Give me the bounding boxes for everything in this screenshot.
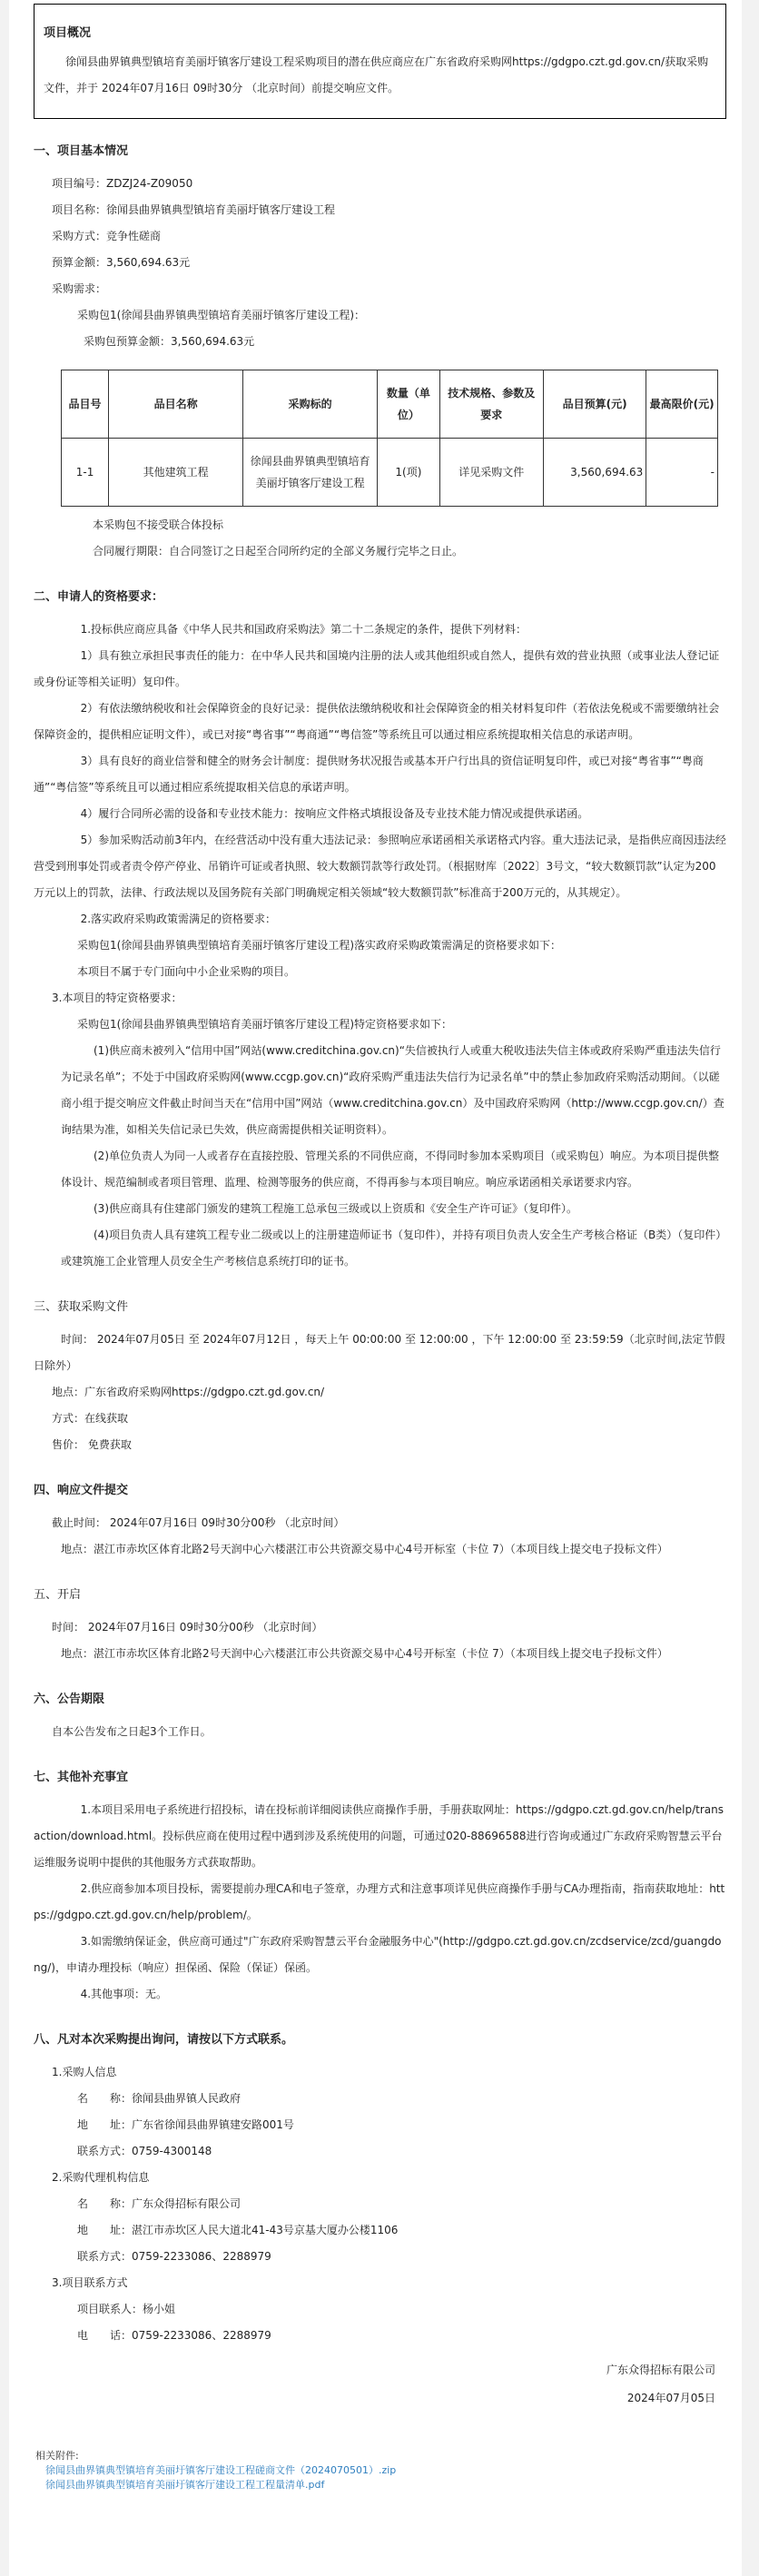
announcement-page: 项目概况 徐闻县曲界镇典型镇培育美丽圩镇客厅建设工程采购项目的潜在供应商应在广东… xyxy=(9,0,742,2576)
qualification-item-2-package: 采购包1(徐闻县曲界镇典型镇培育美丽圩镇客厅建设工程)落实政府采购政策需满足的资… xyxy=(9,933,742,959)
col-max-price: 最高限价(元) xyxy=(646,370,718,439)
qualification-item-1-4: 4）履行合同所必需的设备和专业技术能力：按响应文件格式填报设备及专业技术能力情况… xyxy=(9,801,742,827)
obtain-place: 地点：广东省政府采购网https://gdgpo.czt.gd.gov.cn/ xyxy=(9,1379,742,1406)
qualification-item-3-3: (3)供应商具有住建部门颁发的建筑工程施工总承包三级或以上资质和《安全生产许可证… xyxy=(9,1196,742,1222)
section-4-heading: 四、响应文件提交 xyxy=(34,1480,742,1497)
submit-place: 地点：湛江市赤坎区体育北路2号天润中心六楼湛江市公共资源交易中心4号开标室（卡位… xyxy=(9,1536,742,1563)
signature-date: 2024年07月05日 xyxy=(9,2384,742,2413)
section-5-heading: 五、开启 xyxy=(34,1584,742,1602)
qualification-item-1: 1.投标供应商应具备《中华人民共和国政府采购法》第二十二条规定的条件，提供下列材… xyxy=(9,617,742,643)
qualification-item-3-4: (4)项目负责人具有建筑工程专业二级或以上的注册建造师证书（复印件），并持有项目… xyxy=(9,1222,742,1275)
section-3-heading: 三、获取采购文件 xyxy=(34,1297,742,1314)
qualification-item-3-2: (2)单位负责人为同一人或者存在直接控股、管理关系的不同供应商，不得同时参加本采… xyxy=(9,1143,742,1196)
obtain-price: 售价： 免费获取 xyxy=(9,1432,742,1458)
cell-quantity: 1(项) xyxy=(378,439,439,507)
opening-place: 地点：湛江市赤坎区体育北路2号天润中心六楼湛江市公共资源交易中心4号开标室（卡位… xyxy=(9,1641,742,1667)
section-1-heading: 一、项目基本情况 xyxy=(34,141,742,158)
supplement-item-1: 1.本项目采用电子系统进行招投标，请在投标前详细阅读供应商操作手册，手册获取网址… xyxy=(9,1797,742,1876)
procurement-demand-label: 采购需求： xyxy=(9,276,742,302)
col-spec: 技术规格、参数及要求 xyxy=(439,370,543,439)
procurement-method: 采购方式：竞争性磋商 xyxy=(9,223,742,250)
project-contact-phone: 电 话：0759-2233086、2288979 xyxy=(9,2323,742,2349)
project-contact-person: 项目联系人：杨小姐 xyxy=(9,2296,742,2323)
project-contact-title: 3.项目联系方式 xyxy=(9,2270,742,2296)
cell-item-no: 1-1 xyxy=(62,439,109,507)
agency-address: 地 址：湛江市赤坎区人民大道北41-43号京基大厦办公楼1106 xyxy=(9,2217,742,2244)
agency-name: 名 称：广东众得招标有限公司 xyxy=(9,2191,742,2217)
col-item-no: 品目号 xyxy=(62,370,109,439)
qualification-item-3-package: 采购包1(徐闻县曲界镇典型镇培育美丽圩镇客厅建设工程)特定资格要求如下： xyxy=(9,1012,742,1038)
agency-contact: 联系方式：0759-2233086、2288979 xyxy=(9,2244,742,2270)
contract-period-note: 合同履行期限：自合同签订之日起至合同所约定的全部义务履行完毕之日止。 xyxy=(9,538,742,565)
cell-max-price: - xyxy=(646,439,718,507)
summary-text: 徐闻县曲界镇典型镇培育美丽圩镇客厅建设工程采购项目的潜在供应商应在广东省政府采购… xyxy=(44,49,716,102)
package-title: 采购包1(徐闻县曲界镇典型镇培育美丽圩镇客厅建设工程)： xyxy=(9,302,742,329)
attachment-link-zip[interactable]: 徐闻县曲界镇典型镇培育美丽圩镇客厅建设工程磋商文件（2024070501）.zi… xyxy=(35,2463,742,2478)
table-header-row: 品目号 品目名称 采购标的 数量（单位） 技术规格、参数及要求 品目预算(元) … xyxy=(62,370,718,439)
supplement-item-2: 2.供应商参加本项目投标，需要提前办理CA和电子签章，办理方式和注意事项详见供应… xyxy=(9,1876,742,1929)
purchaser-title: 1.采购人信息 xyxy=(9,2059,742,2086)
qualification-item-2-text: 本项目不属于专门面向中小企业采购的项目。 xyxy=(9,959,742,985)
qualification-item-1-5: 5）参加采购活动前3年内，在经营活动中没有重大违法记录：参照响应承诺函相关承诺格… xyxy=(9,827,742,906)
cell-spec: 详见采购文件 xyxy=(439,439,543,507)
summary-title: 项目概况 xyxy=(44,23,716,40)
budget-amount: 预算金额：3,560,694.63元 xyxy=(9,250,742,276)
supplement-item-3: 3.如需缴纳保证金，供应商可通过"广东政府采购智慧云平台金融服务中心"(http… xyxy=(9,1929,742,1981)
signature-company: 广东众得招标有限公司 xyxy=(9,2356,742,2384)
agency-title: 2.采购代理机构信息 xyxy=(9,2165,742,2191)
cell-budget: 3,560,694.63 xyxy=(543,439,646,507)
obtain-way: 方式：在线获取 xyxy=(9,1406,742,1432)
project-name: 项目名称：徐闻县曲界镇典型镇培育美丽圩镇客厅建设工程 xyxy=(9,197,742,223)
col-item-name: 品目名称 xyxy=(109,370,243,439)
section-8-heading: 八、凡对本次采购提出询问，请按以下方式联系。 xyxy=(34,2029,742,2047)
attachments-label: 相关附件: xyxy=(35,2449,742,2463)
section-6-heading: 六、公告期限 xyxy=(34,1689,742,1706)
supplement-item-4: 4.其他事项：无。 xyxy=(9,1981,742,2008)
opening-time: 时间： 2024年07月16日 09时30分00秒 （北京时间） xyxy=(9,1614,742,1641)
cell-item-name: 其他建筑工程 xyxy=(109,439,243,507)
table-row: 1-1 其他建筑工程 徐闻县曲界镇典型镇培育美丽圩镇客厅建设工程 1(项) 详见… xyxy=(62,439,718,507)
attachments: 相关附件: 徐闻县曲界镇典型镇培育美丽圩镇客厅建设工程磋商文件（20240705… xyxy=(35,2449,742,2492)
purchaser-address: 地 址：广东省徐闻县曲界镇建安路001号 xyxy=(9,2112,742,2138)
col-target: 采购标的 xyxy=(243,370,378,439)
section-2-heading: 二、申请人的资格要求： xyxy=(34,587,742,604)
submit-deadline: 截止时间： 2024年07月16日 09时30分00秒 （北京时间） xyxy=(9,1510,742,1536)
project-summary-box: 项目概况 徐闻县曲界镇典型镇培育美丽圩镇客厅建设工程采购项目的潜在供应商应在广东… xyxy=(34,4,726,119)
qualification-item-1-1: 1）具有独立承担民事责任的能力：在中华人民共和国境内注册的法人或其他组织或自然人… xyxy=(9,643,742,696)
project-number: 项目编号：ZDZJ24-Z09050 xyxy=(9,171,742,197)
qualification-item-2: 2.落实政府采购政策需满足的资格要求： xyxy=(9,906,742,933)
purchaser-contact: 联系方式：0759-4300148 xyxy=(9,2138,742,2165)
attachment-link-pdf[interactable]: 徐闻县曲界镇典型镇培育美丽圩镇客厅建设工程工程量清单.pdf xyxy=(35,2478,742,2492)
package-budget: 采购包预算金额：3,560,694.63元 xyxy=(9,329,742,355)
section-7-heading: 七、其他补充事宜 xyxy=(34,1767,742,1784)
purchaser-name: 名 称：徐闻县曲界镇人民政府 xyxy=(9,2086,742,2112)
announcement-period: 自本公告发布之日起3个工作日。 xyxy=(9,1719,742,1745)
obtain-time: 时间： 2024年07月05日 至 2024年07月12日 ，每天上午 00:0… xyxy=(9,1327,742,1379)
items-table: 品目号 品目名称 采购标的 数量（单位） 技术规格、参数及要求 品目预算(元) … xyxy=(61,370,718,507)
cell-target: 徐闻县曲界镇典型镇培育美丽圩镇客厅建设工程 xyxy=(243,439,378,507)
qualification-item-3-1: (1)供应商未被列入“信用中国”网站(www.creditchina.gov.c… xyxy=(9,1038,742,1143)
consortium-note: 本采购包不接受联合体投标 xyxy=(9,512,742,538)
qualification-item-3: 3.本项目的特定资格要求： xyxy=(9,985,742,1012)
qualification-item-1-3: 3）具有良好的商业信誉和健全的财务会计制度：提供财务状况报告或基本开户行出具的资… xyxy=(9,748,742,801)
col-quantity: 数量（单位） xyxy=(378,370,439,439)
qualification-item-1-2: 2）有依法缴纳税收和社会保障资金的良好记录：提供依法缴纳税收和社会保障资金的相关… xyxy=(9,696,742,748)
col-budget: 品目预算(元) xyxy=(543,370,646,439)
